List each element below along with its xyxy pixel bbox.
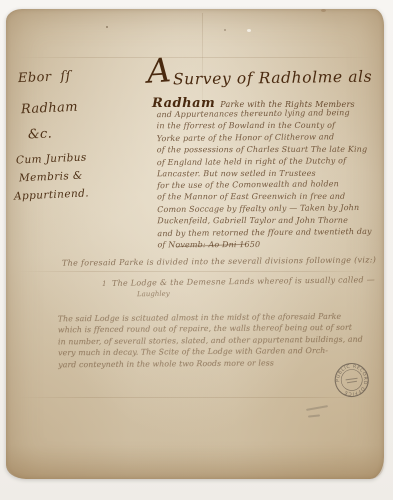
- margin-appurtinend: Appurtinend.: [14, 187, 89, 202]
- margin-county-mark: ſſ: [60, 69, 71, 84]
- archive-stamp-icon: PUBLIC RECORD OFFICE: [329, 357, 374, 402]
- scan-background: Ebor ſſ Radham &c. Cum Juribus Membris &…: [0, 0, 393, 500]
- margin-cum-juribus: Cum Juribus: [16, 151, 87, 166]
- paper-crease: [17, 397, 372, 398]
- manuscript-page: Ebor ſſ Radham &c. Cum Juribus Membris &…: [6, 9, 384, 479]
- paper-speck: [224, 29, 226, 31]
- title-initial: A: [146, 55, 172, 87]
- margin-membris: Membris &: [19, 170, 83, 185]
- archive-stamp: PUBLIC RECORD OFFICE: [329, 357, 375, 406]
- margin-radham: Radham: [21, 100, 79, 117]
- title-line: Survey of Radholme als: [173, 68, 372, 89]
- svg-text:PUBLIC RECORD OFFICE: PUBLIC RECORD OFFICE: [333, 361, 370, 398]
- paper-crease: [17, 57, 372, 58]
- item-number: 1: [102, 280, 106, 288]
- paper-speck: [106, 26, 108, 28]
- lodge-line: yard conteyneth in the whole two Roods m…: [58, 356, 363, 370]
- pencil-annotation: [306, 405, 328, 410]
- survey-paragraph: and Appurtenances thereunto lying and be…: [157, 107, 372, 251]
- margin-etc: &c.: [28, 126, 53, 142]
- division-heading: The foresaid Parke is divided into the s…: [62, 255, 376, 267]
- margin-county: Ebor ſſ: [18, 69, 72, 86]
- pencil-annotation: [308, 414, 320, 417]
- paper-hole: [247, 29, 251, 32]
- lodge-paragraph: The said Lodge is scituated almost in th…: [58, 311, 363, 371]
- margin-county-text: Ebor: [18, 70, 52, 86]
- stamp-ring-text: PUBLIC RECORD OFFICE: [333, 361, 370, 398]
- paper-notch: [321, 9, 326, 12]
- body-line: of England late held in right of the Dut…: [157, 155, 371, 169]
- body-line: of the possessions of Charles Stuart The…: [157, 143, 371, 155]
- paper-crease: [17, 271, 372, 272]
- item-lodge-line: The Lodge & the Demesne Lands whereof is…: [112, 275, 375, 288]
- item-lodge-subword: Laughley: [137, 290, 170, 299]
- body-line: Yorke parte of the Honor of Clitherow an…: [157, 131, 371, 145]
